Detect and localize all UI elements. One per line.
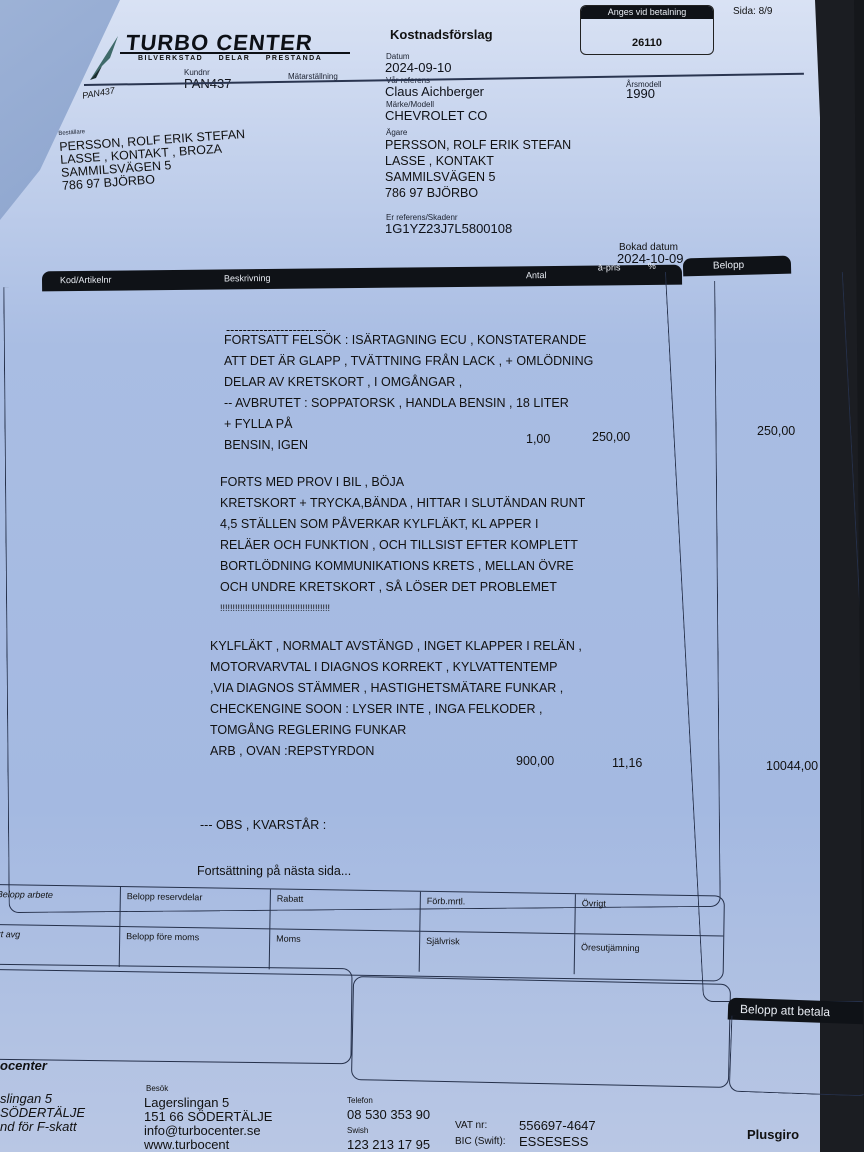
belopp-att-betala-box xyxy=(729,1016,864,1097)
swish-value: 123 213 17 95 xyxy=(347,1138,430,1152)
summary-ovrigt: Övrigt xyxy=(575,894,724,936)
vat-value: 556697-4647 xyxy=(519,1119,596,1133)
row1-antal: 1,00 xyxy=(526,432,550,446)
plusgiro-label: Plusgiro xyxy=(747,1127,799,1142)
notes-box-right xyxy=(351,976,731,1088)
besok-label: Besök xyxy=(146,1084,168,1093)
continued-note: Fortsättning på nästa sida... xyxy=(197,861,351,882)
description-line: RELÄER OCH FUNKTION , OCH TILLSIST EFTER… xyxy=(220,535,585,556)
obs-note: --- OBS , KVARSTÅR : xyxy=(200,815,326,836)
summary-forb-mtrl: Förb.mrtl. xyxy=(420,892,576,934)
agare-line: 786 97 BJÖRBO xyxy=(385,185,571,201)
agare-line: LASSE , KONTAKT xyxy=(385,153,571,169)
description-line: ATT DET ÄR GLAPP , TVÄTTNING FRÅN LACK ,… xyxy=(224,351,593,372)
agare-line: PERSSON, ROLF ERIK STEFAN xyxy=(385,137,571,153)
datum-value: 2024-09-10 xyxy=(385,60,452,75)
er-referens-value: 1G1YZ23J7L5800108 xyxy=(385,221,512,236)
description-line: ,VIA DIAGNOS STÄMMER , HASTIGHETSMÄTARE … xyxy=(210,678,582,699)
col-a-pris: à-pris xyxy=(598,262,621,272)
summary-oresutjamning: Öresutjämning xyxy=(575,934,724,976)
summary-rabatt: Rabatt xyxy=(270,889,421,931)
description-line: -- AVBRUTET : SOPPATORSK , HANDLA BENSIN… xyxy=(224,393,593,414)
footer-company: ocenter xyxy=(0,1058,47,1073)
payment-reference-number: 26110 xyxy=(581,37,713,49)
col-beskrivning: Beskrivning xyxy=(224,273,271,283)
col-belopp: Belopp xyxy=(713,260,744,272)
description-line: MOTORVARVTAL I DIAGNOS KORREKT , KYLVATT… xyxy=(210,657,582,678)
notes-box-left xyxy=(0,964,353,1064)
footer-address-line: slingan 5 xyxy=(0,1092,85,1106)
footer-fskatt: nd för F-skatt xyxy=(0,1120,85,1134)
description-line: BORTLÖDNING KOMMUNIKATIONS KRETS , MELLA… xyxy=(220,556,585,577)
description-line: 4,5 STÄLLEN SOM PÅVERKAR KYLFLÄKT, KL AP… xyxy=(220,514,585,535)
besok-address: Lagerslingan 5 151 66 SÖDERTÄLJE info@tu… xyxy=(144,1096,272,1152)
summary-miljo-avg: kt avg xyxy=(0,925,120,967)
logo-arrow-icon xyxy=(88,36,118,80)
description-line: FORTS MED PROV I BIL , BÖJA xyxy=(220,472,585,493)
bestallare-address: Beställare PERSSON, ROLF ERIK STEFAN LAS… xyxy=(58,115,248,193)
besok-line: 151 66 SÖDERTÄLJE xyxy=(144,1110,272,1124)
summary-belopp-reservdelar: Belopp reservdelar xyxy=(120,887,271,929)
telefon-value: 08 530 353 90 xyxy=(347,1108,430,1122)
vat-label: VAT nr: xyxy=(455,1120,487,1131)
swish-label: Swish xyxy=(347,1126,368,1135)
description-line: CHECKENGINE SOON : LYSER INTE , INGA FEL… xyxy=(210,699,582,720)
row2-antal: 900,00 xyxy=(516,754,554,768)
bic-label: BIC (Swift): xyxy=(455,1136,506,1147)
marke-value: CHEVROLET CO xyxy=(385,108,487,123)
row1-a-pris: 250,00 xyxy=(592,430,630,444)
page-number: Sida: 8/9 xyxy=(733,6,772,17)
footer-address-line: SÖDERTÄLJE xyxy=(0,1106,85,1120)
description-line: TOMGÅNG REGLERING FUNKAR xyxy=(210,720,582,741)
col-antal: Antal xyxy=(526,270,547,280)
document-title: Kostnadsförslag xyxy=(390,27,493,42)
footer-email-link[interactable]: info@turbocenter.se xyxy=(144,1124,272,1138)
footer-address: slingan 5 SÖDERTÄLJE nd för F-skatt xyxy=(0,1092,85,1134)
payment-reference-box: Anges vid betalning 26110 xyxy=(580,5,714,55)
payment-reference-label: Anges vid betalning xyxy=(581,6,713,19)
summary-belopp-fore-moms: Belopp före moms xyxy=(120,927,271,969)
description-line: OCH UNDRE KRETSKORT , SÅ LÖSER DET PROBL… xyxy=(220,577,585,598)
besok-line: Lagerslingan 5 xyxy=(144,1096,272,1110)
company-tagline: BILVERKSTAD DELAR PRESTANDA xyxy=(138,55,322,62)
agare-address: PERSSON, ROLF ERIK STEFAN LASSE , KONTAK… xyxy=(385,137,571,201)
telefon-label: Telefon xyxy=(347,1096,373,1105)
footer-web-link[interactable]: www.turbocent xyxy=(144,1138,272,1152)
description-line: FORTSATT FELSÖK : ISÄRTAGNING ECU , KONS… xyxy=(224,330,593,351)
summary-belopp-arbete: Belopp arbete xyxy=(0,885,121,927)
col-kod: Kod/Artikelnr xyxy=(60,275,112,286)
summary-moms: Moms xyxy=(270,929,421,971)
summary-sjalvrisk: Självrisk xyxy=(420,932,576,974)
agare-label: Ägare xyxy=(386,128,407,137)
col-procent: % xyxy=(648,261,656,271)
logo-underline xyxy=(120,52,350,54)
agare-line: SAMMILSVÄGEN 5 xyxy=(385,169,571,185)
description-line: KRETSKORT + TRYCKA,BÄNDA , HITTAR I SLUT… xyxy=(220,493,585,514)
row2-belopp: 10044,00 xyxy=(766,759,818,773)
var-referens-value: Claus Aichberger xyxy=(385,84,484,99)
description-line: DELAR AV KRETSKORT , I OMGÅNGAR , xyxy=(224,372,593,393)
description-block-2: FORTS MED PROV I BIL , BÖJA KRETSKORT + … xyxy=(220,472,585,619)
description-line: KYLFLÄKT , NORMALT AVSTÄNGD , INGET KLAP… xyxy=(210,636,582,657)
bic-value: ESSESESS xyxy=(519,1135,588,1149)
row1-belopp: 250,00 xyxy=(757,424,795,438)
row2-a-pris: 11,16 xyxy=(612,756,642,770)
arsmodell-value: 1990 xyxy=(626,86,655,101)
description-block-3: KYLFLÄKT , NORMALT AVSTÄNGD , INGET KLAP… xyxy=(210,636,582,762)
description-line: !!!!!!!!!!!!!!!!!!!!!!!!!!!!!!!!!!!!!!!!… xyxy=(220,598,585,619)
